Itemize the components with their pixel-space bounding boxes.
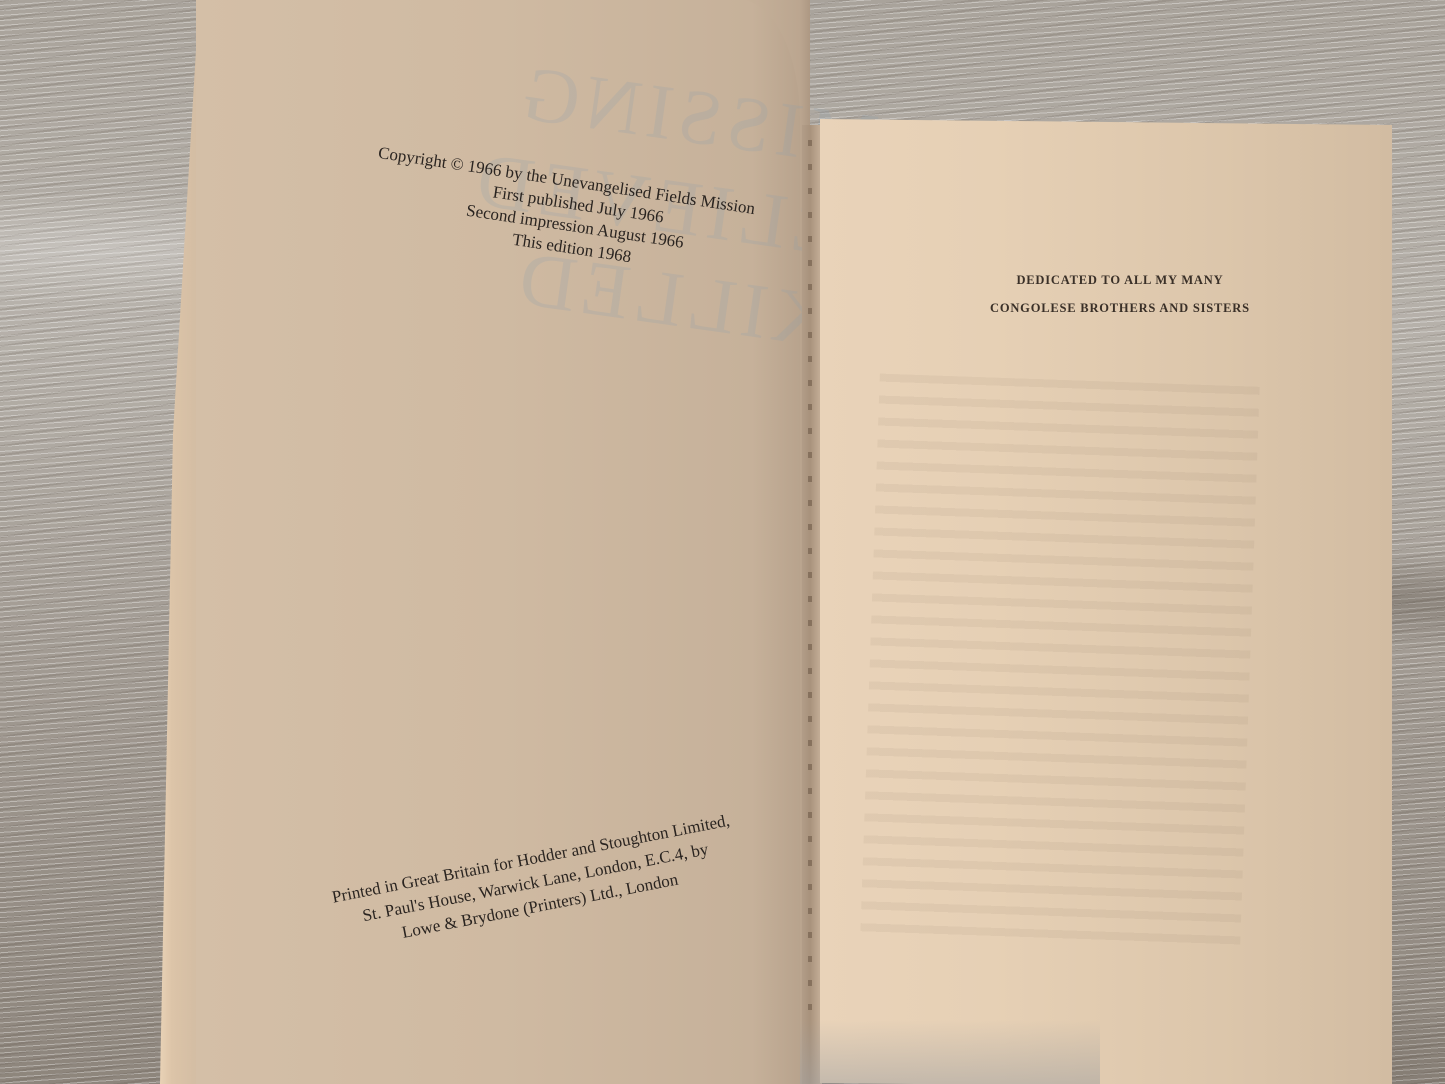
binding-stitches <box>808 140 812 1020</box>
dedication-line: CONGOLESE BROTHERS AND SISTERS <box>990 294 1250 322</box>
book-spine-gutter <box>802 125 822 1084</box>
table-shadow <box>800 1020 1100 1084</box>
show-through-text-lines <box>860 374 1259 947</box>
dedication: DEDICATED TO ALL MY MANY CONGOLESE BROTH… <box>990 266 1250 322</box>
dedication-line: DEDICATED TO ALL MY MANY <box>990 266 1250 294</box>
